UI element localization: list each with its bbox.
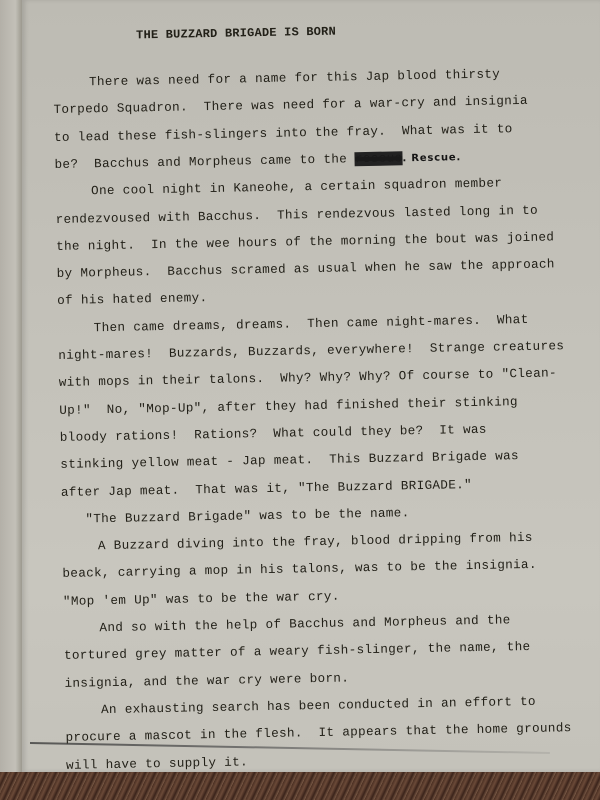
text-line: of his hated enemy.: [57, 291, 207, 308]
struck-out-word: rescue: [355, 151, 403, 166]
handwritten-correction: . Rescue.: [402, 152, 461, 164]
line-text: of his hated enemy.: [57, 291, 207, 308]
book-gutter: [0, 0, 22, 800]
table-surface: [0, 772, 600, 800]
